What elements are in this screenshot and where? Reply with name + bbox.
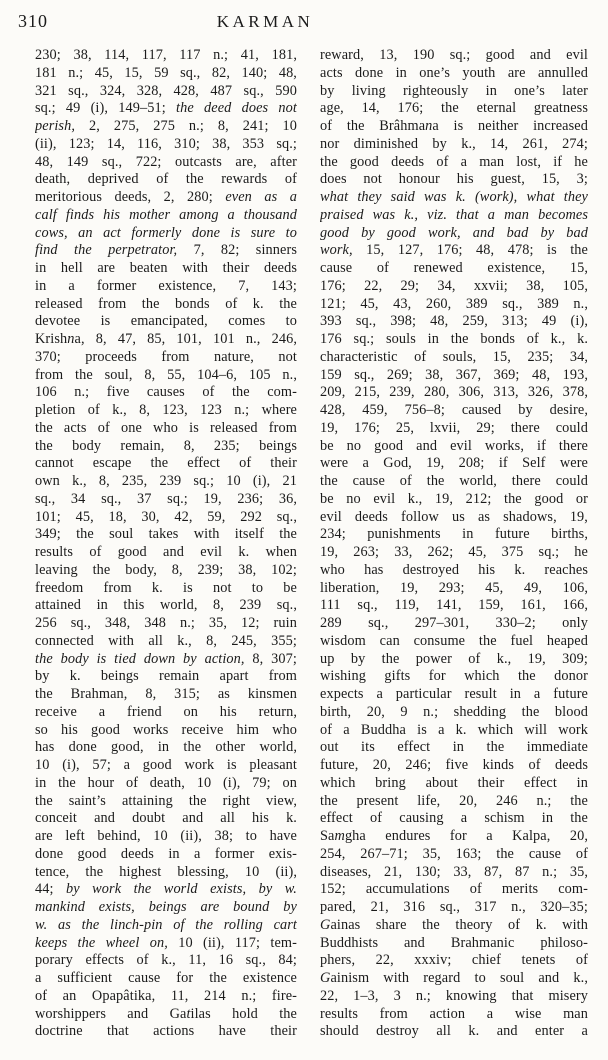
text-run: Krish [35, 331, 67, 347]
text-run: 428, 459, 756–8; caused by desire, [320, 402, 588, 418]
text-run: worshippers and Ga [35, 1006, 186, 1022]
text-line: 22, 1–3, 3 n.; knowing that misery [320, 988, 588, 1006]
text-line: future, 20, 246; five kinds of deeds [320, 757, 588, 775]
text-run: 19, 176; 25, lxvii, 29; there could [320, 420, 588, 436]
text-line: does not honour his guest, 15, 3; [320, 171, 588, 189]
text-run: freedom from k. is not to be [35, 580, 297, 596]
text-run: gha endures for a Kalpa, 20, [345, 828, 588, 844]
italic-text-run: w. as the linch-pin of the rolling cart [35, 917, 297, 933]
text-line: evil deeds follow us as shadows, 19, [320, 509, 588, 527]
text-run: birth, 20, 9 n.; shedding the blood [320, 704, 588, 720]
text-line: freedom from k. is not to be [35, 580, 297, 598]
text-run: future, 20, 246; five kinds of deeds [320, 757, 588, 773]
text-line: 159 sq., 269; 38, 367, 369; 48, 193, [320, 367, 588, 385]
text-run: pletion of k., 8, 123, 123 n.; where [35, 402, 297, 418]
italic-text-run: the deed does not [176, 100, 297, 116]
text-run: the saint’s attaining the right view, [35, 793, 297, 809]
text-run: 176 sq.; souls in the bonds of k., k. [320, 331, 588, 347]
text-line: sq.; 49 (i), 149–51; the deed does not [35, 100, 297, 118]
index-column-left: 230; 38, 114, 117, 117 n.; 41, 181,181 n… [35, 47, 297, 1041]
text-run: attained in this world, 8, 239 sq., [35, 597, 297, 613]
text-line: by living righteously in one’s later [320, 83, 588, 101]
text-line: up by the power of k., 19, 309; [320, 651, 588, 669]
text-line: of an Opapâtika, 11, 214 n.; fire- [35, 988, 297, 1006]
text-line: the acts of one who is released from [35, 420, 297, 438]
text-line: own k., 8, 235, 239 sq.; 10 (i), 21 [35, 473, 297, 491]
text-run: meritorious deeds, 2, 280; [35, 189, 225, 205]
text-run: be no good and evil works, if there [320, 438, 588, 454]
text-run: so his good works receive him who [35, 722, 297, 738]
text-run: cannot escape the effect of their [35, 455, 297, 471]
italic-text-run: work, [320, 242, 353, 258]
text-run: are left behind, 10 (ii), 38; to have [35, 828, 297, 844]
text-line: 230; 38, 114, 117, 117 n.; 41, 181, [35, 47, 297, 65]
text-line: 176; 22, 29; 34, xxvii; 38, 105, [320, 278, 588, 296]
italic-text-run: find the perpetrator, [35, 242, 177, 258]
text-run: done good deeds in a former exis- [35, 846, 297, 862]
text-line: find the perpetrator, 7, 82; sinners [35, 242, 297, 260]
text-run: connected with all k., 8, 245, 355; [35, 633, 297, 649]
text-line: receive a friend on his return, [35, 704, 297, 722]
text-run: liberation, 19, 293; 45, 49, 106, [320, 580, 588, 596]
text-run: a is neither increased [432, 118, 588, 134]
text-line: in hell are beaten with their deeds [35, 260, 297, 278]
text-run: 44; [35, 881, 66, 897]
text-line: 111 sq., 119, 141, 159, 161, 166, [320, 597, 588, 615]
text-line: in the hour of death, 10 (i), 79; on [35, 775, 297, 793]
italic-text-run: calf finds his mother among a thousand [35, 207, 297, 223]
text-line: 181 n.; 45, 15, 59 sq., 82, 140; 48, [35, 65, 297, 83]
text-line: wisdom can consume the fuel heaped [320, 633, 588, 651]
text-run: 256 sq., 348, 348 n.; 35, 12; ruin [35, 615, 297, 631]
text-run: Buddhists and Brahmanic philoso- [320, 935, 588, 951]
text-run: results from action a wise man [320, 1006, 588, 1022]
text-run: 234; punishments in future births, [320, 526, 588, 542]
book-page: 310 KARMAN 230; 38, 114, 117, 117 n.; 41… [0, 0, 608, 1060]
text-line: age, 14, 176; the eternal greatness [320, 100, 588, 118]
running-title: KARMAN [0, 12, 530, 32]
text-line: perish, 2, 275, 275 n.; 8, 241; 10 [35, 118, 297, 136]
italic-text-run: even as a [225, 189, 297, 205]
italic-text-run: good by good work, and bad by bad [320, 225, 588, 241]
text-run: a sufficient cause for the existence [35, 970, 297, 986]
text-run: out its effect in the immediate [320, 739, 588, 755]
text-run: 15, 127, 176; 48, 478; is the [353, 242, 588, 258]
text-run: own k., 8, 235, 239 sq.; 10 (i), 21 [35, 473, 297, 489]
text-line: has done good, in the other world, [35, 739, 297, 757]
text-run: sq., 34 sq., 37 sq.; 19, 236; 36, [35, 491, 297, 507]
text-line: of a Buddha is a k. which will work [320, 722, 588, 740]
text-line: 289 sq., 297–301, 330–2; only [320, 615, 588, 633]
text-run: doctrine that actions have their [35, 1023, 297, 1039]
text-run: sq.; 49 (i), 149–51; [35, 100, 176, 116]
text-line: conceit and doubt and all his k. [35, 810, 297, 828]
text-run: 48, 149 sq., 722; outcasts are, after [35, 154, 297, 170]
text-run: acts done in one’s youth are annulled [320, 65, 588, 81]
text-run: age, 14, 176; the eternal greatness [320, 100, 588, 116]
text-line: 48, 149 sq., 722; outcasts are, after [35, 154, 297, 172]
text-line: 234; punishments in future births, [320, 526, 588, 544]
text-line: from the soul, 8, 55, 104–6, 105 n., [35, 367, 297, 385]
text-line: expects a particular result in a future [320, 686, 588, 704]
text-run: results of good and evil k. when [35, 544, 297, 560]
text-run: in a former existence, 7, 143; [35, 278, 297, 294]
text-line: nor diminished by k., 14, 261, 274; [320, 136, 588, 154]
text-run: ilas hold the [191, 1006, 297, 1022]
text-run: porary effects of k., 11, 16 sq., 84; [35, 952, 297, 968]
text-line: be no good and evil works, if there [320, 438, 588, 456]
text-run: of the Brâhma [320, 118, 425, 134]
text-line: w. as the linch-pin of the rolling cart [35, 917, 297, 935]
text-run: reward, 13, 190 sq.; good and evil [320, 47, 588, 63]
text-line: cause of renewed existence, 15, [320, 260, 588, 278]
text-line: death, deprived of the rewards of [35, 171, 297, 189]
text-line: 19, 263; 33, 262; 45, 375 sq.; he [320, 544, 588, 562]
text-run: which bring about their effect in [320, 775, 588, 791]
text-run: the body remain, 8, 235; beings [35, 438, 297, 454]
text-line: 209, 215, 239, 280, 306, 313, 326, 378, [320, 384, 588, 402]
text-line: porary effects of k., 11, 16 sq., 84; [35, 952, 297, 970]
text-line: be no evil k., 19, 212; the good or [320, 491, 588, 509]
text-run: were a God, 19, 208; if Self were [320, 455, 588, 471]
italic-text-run: what they said was k. (work), what they [320, 189, 588, 205]
text-line: the body is tied down by action, 8, 307; [35, 651, 297, 669]
text-run: leaving the body, 8, 239; 38, 102; [35, 562, 297, 578]
text-line: attained in this world, 8, 239 sq., [35, 597, 297, 615]
text-run: the good deeds of a man lost, if he [320, 154, 588, 170]
italic-text-run: mankind exists, beings are bound by [35, 899, 297, 915]
text-line: Samgha endures for a Kalpa, 20, [320, 828, 588, 846]
text-run: does not honour his guest, 15, 3; [320, 171, 588, 187]
text-line: 349; the soul takes with itself the [35, 526, 297, 544]
text-line: should destroy all k. and enter a [320, 1023, 588, 1041]
text-run: a, 8, 47, 85, 101, 101 n., 246, [75, 331, 297, 347]
text-line: the cause of the world, there could [320, 473, 588, 491]
text-line: were a God, 19, 208; if Self were [320, 455, 588, 473]
text-line: of the Brâhmana is neither increased [320, 118, 588, 136]
text-run: death, deprived of the rewards of [35, 171, 297, 187]
text-run: 370; proceeds from nature, not [35, 349, 297, 365]
text-run: 19, 263; 33, 262; 45, 375 sq.; he [320, 544, 588, 560]
text-line: cows, an act formerly done is sure to [35, 225, 297, 243]
text-run: phers, 22, xxxiv; chief tenets of [320, 952, 588, 968]
text-line: wishing gifts for which the donor [320, 668, 588, 686]
text-run: released from the bonds of k. the [35, 296, 297, 312]
text-line: meritorious deeds, 2, 280; even as a [35, 189, 297, 207]
italic-text-run: G [320, 970, 330, 986]
text-run: 7, 82; sinners [177, 242, 297, 258]
text-line: liberation, 19, 293; 45, 49, 106, [320, 580, 588, 598]
text-run: 176; 22, 29; 34, xxvii; 38, 105, [320, 278, 588, 294]
text-line: 393 sq., 398; 48, 259, 313; 49 (i), [320, 313, 588, 331]
text-run: 22, 1–3, 3 n.; knowing that misery [320, 988, 588, 1004]
text-line: what they said was k. (work), what they [320, 189, 588, 207]
italic-text-run: m [335, 828, 345, 844]
text-run: effect of causing a schism in the [320, 810, 588, 826]
text-run: be no evil k., 19, 212; the good or [320, 491, 588, 507]
text-line: sq., 34 sq., 37 sq.; 19, 236; 36, [35, 491, 297, 509]
text-line: 10 (i), 57; a good work is pleasant [35, 757, 297, 775]
text-run: the cause of the world, there could [320, 473, 588, 489]
text-line: who has destroyed his k. reaches [320, 562, 588, 580]
text-line: which bring about their effect in [320, 775, 588, 793]
text-line: birth, 20, 9 n.; shedding the blood [320, 704, 588, 722]
text-run: 152; accumulations of merits com- [320, 881, 588, 897]
text-line: released from the bonds of k. the [35, 296, 297, 314]
text-line: Krishna, 8, 47, 85, 101, 101 n., 246, [35, 331, 297, 349]
text-line: the good deeds of a man lost, if he [320, 154, 588, 172]
text-line: 176 sq.; souls in the bonds of k., k. [320, 331, 588, 349]
text-run: 254, 267–71; 35, 163; the cause of [320, 846, 588, 862]
text-run: 289 sq., 297–301, 330–2; only [320, 615, 588, 631]
text-run: up by the power of k., 19, 309; [320, 651, 588, 667]
text-run: the Brahman, 8, 315; as kinsmen [35, 686, 297, 702]
text-run: has done good, in the other world, [35, 739, 297, 755]
text-run: 10 (i), 57; a good work is pleasant [35, 757, 297, 773]
text-line: the body remain, 8, 235; beings [35, 438, 297, 456]
text-line: pletion of k., 8, 123, 123 n.; where [35, 402, 297, 420]
text-run: ainas share the theory of k. with [330, 917, 588, 933]
italic-text-run: keeps the wheel on, [35, 935, 168, 951]
text-line: leaving the body, 8, 239; 38, 102; [35, 562, 297, 580]
text-run: ainism with regard to soul and k., [330, 970, 588, 986]
italic-text-run: n [67, 331, 74, 347]
text-line: the Brahman, 8, 315; as kinsmen [35, 686, 297, 704]
text-run: wisdom can consume the fuel heaped [320, 633, 588, 649]
text-line: pared, 21, 316 sq., 317 n., 320–35; [320, 899, 588, 917]
text-run: 230; 38, 114, 117, 117 n.; 41, 181, [35, 47, 297, 63]
text-run: (ii), 123; 14, 116, 310; 38, 353 sq.; [35, 136, 297, 152]
text-line: 101; 45, 18, 30, 42, 59, 292 sq., [35, 509, 297, 527]
text-line: devotee is emancipated, comes to [35, 313, 297, 331]
text-line: good by good work, and bad by bad [320, 225, 588, 243]
text-line: 256 sq., 348, 348 n.; 35, 12; ruin [35, 615, 297, 633]
text-line: 152; accumulations of merits com- [320, 881, 588, 899]
text-run: of an Opapâtika, 11, 214 n.; fire- [35, 988, 297, 1004]
text-line: results from action a wise man [320, 1006, 588, 1024]
text-line: 321 sq., 324, 328, 428, 487 sq., 590 [35, 83, 297, 101]
text-run: 121; 45, 43, 260, 389 sq., 389 n., [320, 296, 588, 312]
text-run: should destroy all k. and enter a [320, 1023, 588, 1039]
text-line: worshippers and Gatilas hold the [35, 1006, 297, 1024]
text-line: acts done in one’s youth are annulled [320, 65, 588, 83]
text-run: conceit and doubt and all his k. [35, 810, 297, 826]
text-run: tence, the highest blessing, 10 (ii), [35, 864, 297, 880]
text-line: cannot escape the effect of their [35, 455, 297, 473]
text-run: pared, 21, 316 sq., 317 n., 320–35; [320, 899, 588, 915]
text-line: in a former existence, 7, 143; [35, 278, 297, 296]
text-line: (ii), 123; 14, 116, 310; 38, 353 sq.; [35, 136, 297, 154]
text-line: diseases, 21, 130; 33, 87, 87 n.; 35, [320, 864, 588, 882]
text-run: 8, 307; [245, 651, 297, 667]
text-line: the saint’s attaining the right view, [35, 793, 297, 811]
text-line: out its effect in the immediate [320, 739, 588, 757]
text-line: 19, 176; 25, lxvii, 29; there could [320, 420, 588, 438]
text-line: doctrine that actions have their [35, 1023, 297, 1041]
text-run: diseases, 21, 130; 33, 87, 87 n.; 35, [320, 864, 588, 880]
text-run: 321 sq., 324, 328, 428, 487 sq., 590 [35, 83, 297, 99]
text-line: are left behind, 10 (ii), 38; to have [35, 828, 297, 846]
text-line: phers, 22, xxxiv; chief tenets of [320, 952, 588, 970]
text-run: cause of renewed existence, 15, [320, 260, 588, 276]
text-run: nor diminished by k., 14, 261, 274; [320, 136, 588, 152]
text-line: 106 n.; five causes of the com- [35, 384, 297, 402]
text-line: Gainas share the theory of k. with [320, 917, 588, 935]
text-line: done good deeds in a former exis- [35, 846, 297, 864]
text-line: a sufficient cause for the existence [35, 970, 297, 988]
text-line: 121; 45, 43, 260, 389 sq., 389 n., [320, 296, 588, 314]
text-run: 101; 45, 18, 30, 42, 59, 292 sq., [35, 509, 297, 525]
text-run: in the hour of death, 10 (i), 79; on [35, 775, 297, 791]
text-run: 10 (ii), 117; tem- [168, 935, 297, 951]
text-run: the present life, 20, 246 n.; the [320, 793, 588, 809]
text-run: from the soul, 8, 55, 104–6, 105 n., [35, 367, 297, 383]
text-line: 428, 459, 756–8; caused by desire, [320, 402, 588, 420]
italic-text-run: praised was k., viz. that a man becomes [320, 207, 588, 223]
text-run: by k. beings remain apart from [35, 668, 297, 684]
text-run: 159 sq., 269; 38, 367, 369; 48, 193, [320, 367, 588, 383]
text-run: wishing gifts for which the donor [320, 668, 588, 684]
text-run: by living righteously in one’s later [320, 83, 588, 99]
text-run: evil deeds follow us as shadows, 19, [320, 509, 588, 525]
text-run: 181 n.; 45, 15, 59 sq., 82, 140; 48, [35, 65, 297, 81]
text-run: 2, 275, 275 n.; 8, 241; 10 [75, 118, 297, 134]
text-line: keeps the wheel on, 10 (ii), 117; tem- [35, 935, 297, 953]
text-line: connected with all k., 8, 245, 355; [35, 633, 297, 651]
text-line: work, 15, 127, 176; 48, 478; is the [320, 242, 588, 260]
index-column-right: reward, 13, 190 sq.; good and evilacts d… [320, 47, 588, 1041]
italic-text-run: by work the world exists, by w. [66, 881, 297, 897]
text-line: 254, 267–71; 35, 163; the cause of [320, 846, 588, 864]
text-line: mankind exists, beings are bound by [35, 899, 297, 917]
italic-text-run: cows, an act formerly done is sure to [35, 225, 297, 241]
text-run: 349; the soul takes with itself the [35, 526, 297, 542]
text-line: calf finds his mother among a thousand [35, 207, 297, 225]
text-run: characteristic of souls, 15, 235; 34, [320, 349, 588, 365]
text-run: 393 sq., 398; 48, 259, 313; 49 (i), [320, 313, 588, 329]
text-run: expects a particular result in a future [320, 686, 588, 702]
text-run: receive a friend on his return, [35, 704, 297, 720]
text-run: who has destroyed his k. reaches [320, 562, 588, 578]
text-line: 370; proceeds from nature, not [35, 349, 297, 367]
text-run: Sa [320, 828, 335, 844]
text-line: characteristic of souls, 15, 235; 34, [320, 349, 588, 367]
text-run: in hell are beaten with their deeds [35, 260, 297, 276]
text-line: Gainism with regard to soul and k., [320, 970, 588, 988]
text-line: so his good works receive him who [35, 722, 297, 740]
text-line: reward, 13, 190 sq.; good and evil [320, 47, 588, 65]
text-line: effect of causing a schism in the [320, 810, 588, 828]
text-run: 111 sq., 119, 141, 159, 161, 166, [320, 597, 588, 613]
text-run: 106 n.; five causes of the com- [35, 384, 297, 400]
text-run: the acts of one who is released from [35, 420, 297, 436]
text-line: praised was k., viz. that a man becomes [320, 207, 588, 225]
text-line: by k. beings remain apart from [35, 668, 297, 686]
italic-text-run: the body is tied down by action, [35, 651, 245, 667]
text-line: the present life, 20, 246 n.; the [320, 793, 588, 811]
text-line: 44; by work the world exists, by w. [35, 881, 297, 899]
text-line: Buddhists and Brahmanic philoso- [320, 935, 588, 953]
text-run: of a Buddha is a k. which will work [320, 722, 588, 738]
text-line: tence, the highest blessing, 10 (ii), [35, 864, 297, 882]
italic-text-run: perish, [35, 118, 75, 134]
italic-text-run: G [320, 917, 330, 933]
text-run: 209, 215, 239, 280, 306, 313, 326, 378, [320, 384, 588, 400]
text-run: devotee is emancipated, comes to [35, 313, 297, 329]
text-line: results of good and evil k. when [35, 544, 297, 562]
